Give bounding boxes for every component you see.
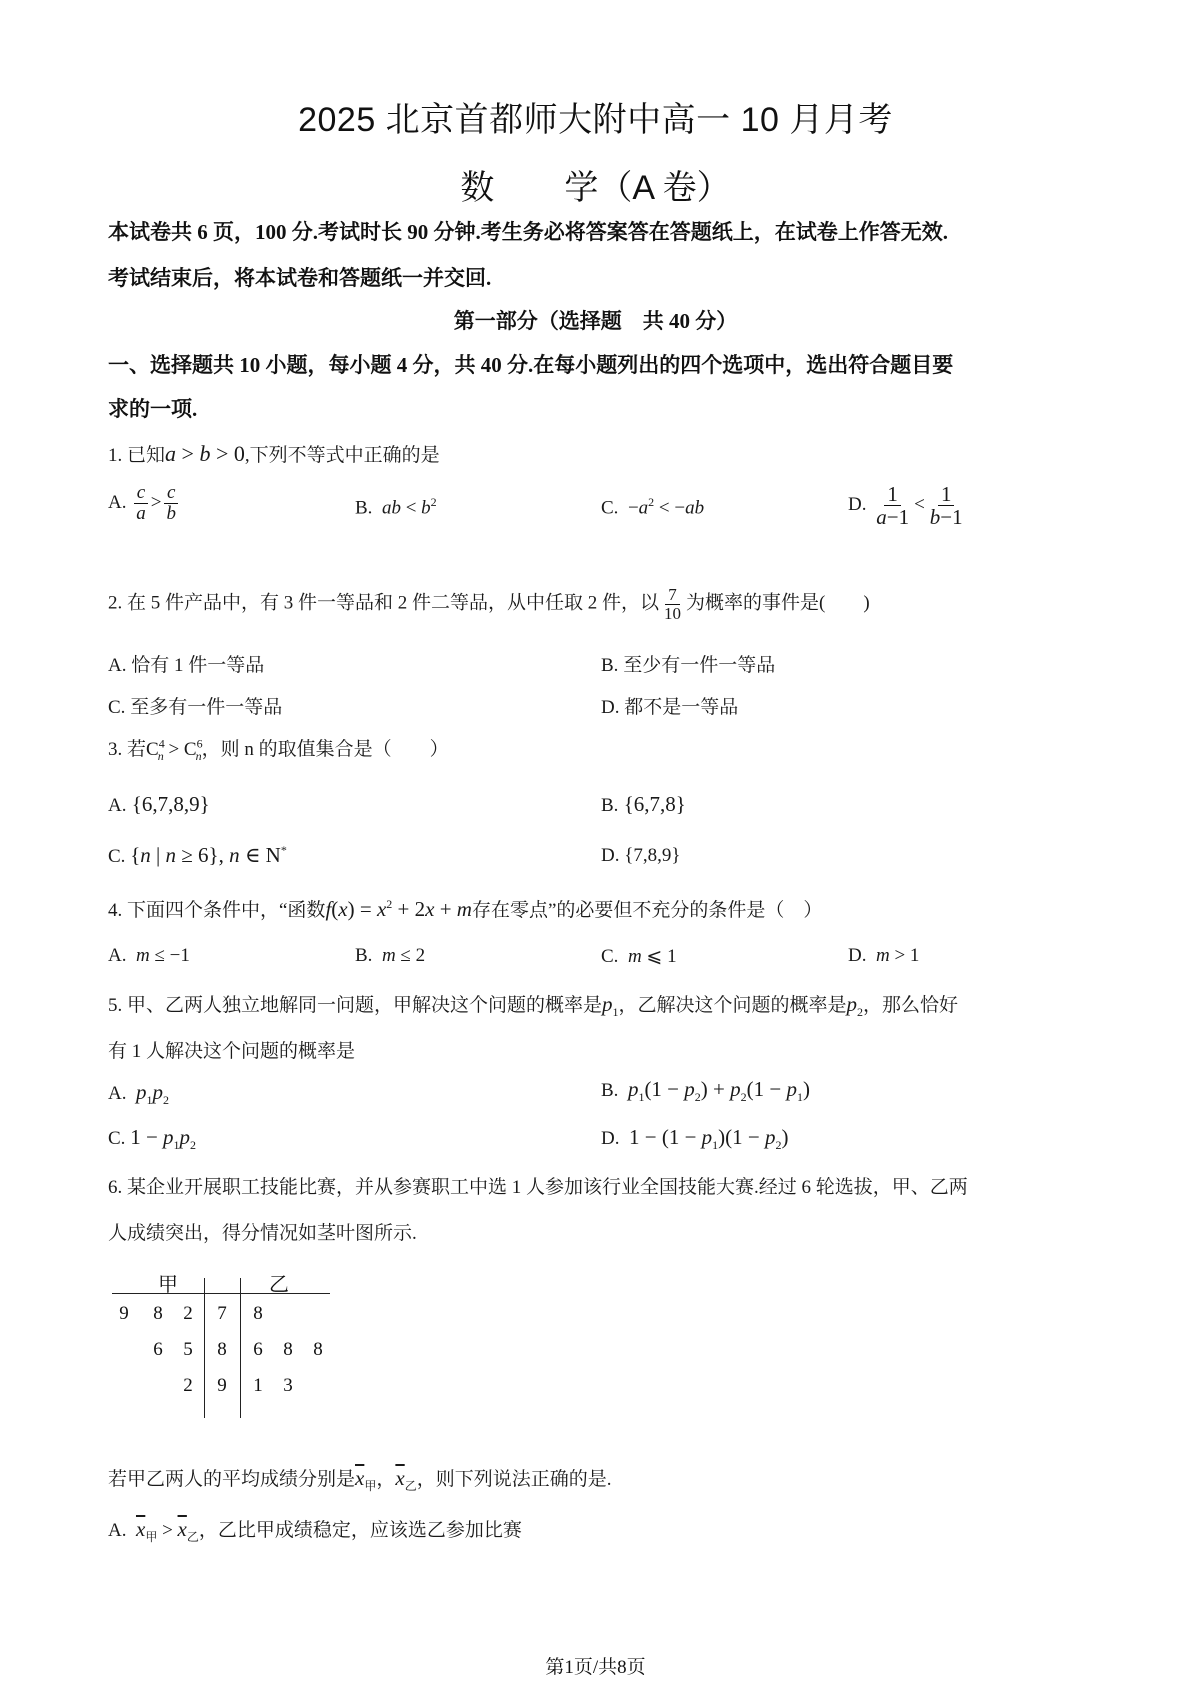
option-text: {6,7,8} — [624, 792, 686, 816]
leaf: 3 — [278, 1375, 298, 1397]
subscript: 乙 — [187, 1530, 199, 1544]
option-label: D. — [601, 1128, 619, 1149]
question-4-option-a[interactable]: A. m ≤ −1 — [108, 945, 190, 967]
question-text: ，那么恰好 — [863, 995, 958, 1016]
question-text: 存在零点”的必要但不充分的条件是（ ） — [472, 900, 822, 921]
option-label: D. — [601, 697, 619, 718]
section-instruction-line-2: 求的一项. — [108, 393, 197, 423]
leaf: 2 — [178, 1375, 198, 1397]
question-number: 6. — [108, 1177, 122, 1198]
question-3-option-d[interactable]: D. {7,8,9} — [601, 845, 680, 867]
question-text: 若 — [127, 739, 146, 760]
subject-left: 数 — [460, 169, 494, 207]
question-6-stem-line-1: 6. 某企业开展职工技能比赛，并从参赛职工中选 1 人参加该行业全国技能大赛.经… — [108, 1172, 968, 1199]
question-1-option-a[interactable]: A. ca>cb — [108, 483, 181, 524]
question-3-option-a[interactable]: A. {6,7,8,9} — [108, 792, 210, 817]
subscript: 乙 — [405, 1479, 417, 1493]
part-1-title: 第一部分（选择题 共 40 分） — [0, 305, 1191, 335]
question-6-followup: 若甲乙两人的平均成绩分别是x甲，x乙，则下列说法正确的是. — [108, 1464, 611, 1494]
question-number: 1. — [108, 445, 122, 466]
question-3-option-c[interactable]: C. {n | n ≥ 6}, n ∈ N* — [108, 843, 287, 868]
question-text: 为概率的事件是( ) — [686, 593, 870, 614]
question-text: 若甲乙两人的平均成绩分别是 — [108, 1469, 355, 1490]
stem-leaf-plot: 甲 乙 9 8 2 7 8 6 5 8 6 8 8 2 9 1 3 — [110, 1262, 330, 1432]
option-label: A. — [108, 655, 126, 676]
stem: 7 — [212, 1303, 232, 1325]
option-label: D. — [848, 494, 866, 515]
question-1-option-b[interactable]: B. ab < b2 — [355, 495, 437, 519]
stem-divider-left — [204, 1278, 205, 1418]
question-2-stem: 2. 在 5 件产品中，有 3 件一等品和 2 件二等品，从中任取 2 件，以7… — [108, 586, 870, 623]
option-label: C. — [108, 697, 125, 718]
subscript: 甲 — [145, 1530, 157, 1544]
option-text: 至多有一件一等品 — [130, 697, 282, 718]
question-text: 在 5 件产品中，有 3 件一等品和 2 件二等品，从中任取 2 件，以 — [127, 593, 659, 614]
comparison-operator: > — [162, 1520, 173, 1541]
fraction-denominator: 10 — [661, 605, 684, 623]
question-text: 某企业开展职工技能比赛，并从参赛职工中选 1 人参加该行业全国技能大赛.经过 6… — [127, 1177, 968, 1198]
leaf: 5 — [178, 1339, 198, 1361]
question-1-option-d[interactable]: D. 1a−1<1b−1 — [848, 483, 968, 528]
option-label: C. — [108, 846, 125, 867]
option-label: D. — [848, 945, 866, 966]
option-label: B. — [601, 795, 618, 816]
question-6-option-a[interactable]: A. x甲 > x乙，乙比甲成绩稳定，应该选乙参加比赛 — [108, 1515, 522, 1545]
leaf: 6 — [248, 1339, 268, 1361]
question-4-option-d[interactable]: D. m > 1 — [848, 945, 919, 967]
leaf: 8 — [248, 1303, 268, 1325]
option-label: A. — [108, 795, 126, 816]
instructions-line-1: 本试卷共 6 页，100 分.考试时长 90 分钟.考生务必将答案答在答题纸上，… — [108, 216, 948, 246]
option-label: C. — [108, 1128, 125, 1149]
option-label: A. — [108, 1520, 126, 1541]
option-label: B. — [601, 1080, 618, 1101]
separator: ， — [376, 1469, 395, 1490]
question-5-stem-line-1: 5. 甲、乙两人独立地解同一问题，甲解决这个问题的概率是p1，乙解决这个问题的概… — [108, 990, 958, 1020]
leaf: 8 — [148, 1303, 168, 1325]
option-label: A. — [108, 492, 126, 513]
question-number: 4. — [108, 900, 122, 921]
question-1-stem: 1. 已知a > b > 0,下列不等式中正确的是 — [108, 440, 440, 467]
page-indicator: 第1页/共8页 — [0, 1652, 1191, 1679]
question-text: ，乙解决这个问题的概率是 — [619, 995, 847, 1016]
question-text: ，则 n 的取值集合是（ ） — [202, 739, 449, 760]
question-5-option-d[interactable]: D. 1 − (1 − p1)(1 − p2) — [601, 1125, 789, 1153]
question-2-option-d[interactable]: D. 都不是一等品 — [601, 692, 738, 719]
question-5-option-a[interactable]: A. p1p2 — [108, 1080, 169, 1108]
stem: 8 — [212, 1339, 232, 1361]
question-text: 下面四个条件中，“函数 — [127, 900, 325, 921]
question-2-option-a[interactable]: A. 恰有 1 件一等品 — [108, 650, 264, 677]
option-text: {7,8,9} — [624, 845, 680, 866]
question-number: 3. — [108, 739, 122, 760]
leaf: 1 — [248, 1375, 268, 1397]
question-4-option-c[interactable]: C. m ⩽ 1 — [601, 945, 677, 968]
option-text: 都不是一等品 — [624, 697, 738, 718]
subject-right: 学（A 卷） — [564, 169, 730, 207]
exam-subtitle: 数学（A 卷） — [0, 160, 1191, 209]
leaf: 9 — [114, 1303, 134, 1325]
option-label: C. — [601, 497, 618, 518]
header-divider — [112, 1293, 330, 1294]
option-text: 恰有 1 件一等品 — [131, 655, 264, 676]
question-text: ,下列不等式中正确的是 — [245, 445, 440, 466]
option-label: C. — [601, 946, 618, 967]
exam-title: 2025 北京首都师大附中高一 10 月月考 — [0, 92, 1191, 141]
leaf: 8 — [308, 1339, 328, 1361]
option-label: D. — [601, 845, 619, 866]
option-label: A. — [108, 945, 126, 966]
question-5-option-c[interactable]: C. 1 − p1p2 — [108, 1125, 196, 1153]
question-number: 2. — [108, 593, 122, 614]
option-label: A. — [108, 1083, 126, 1104]
option-text: ，乙比甲成绩稳定，应该选乙参加比赛 — [199, 1520, 522, 1541]
option-label: B. — [355, 945, 372, 966]
instructions-line-2: 考试结束后，将本试卷和答题纸一并交回. — [108, 262, 491, 292]
question-text: ，则下列说法正确的是. — [417, 1469, 612, 1490]
question-4-stem: 4. 下面四个条件中，“函数f(x) = x2 + 2x + m存在零点”的必要… — [108, 895, 822, 922]
option-text: 至少有一件一等品 — [623, 655, 775, 676]
question-6-stem-line-2: 人成绩突出，得分情况如茎叶图所示. — [108, 1218, 417, 1245]
option-label: B. — [355, 497, 372, 518]
stem: 9 — [212, 1375, 232, 1397]
fraction-numerator: 7 — [665, 586, 680, 605]
question-5-stem-line-2: 有 1 人解决这个问题的概率是 — [108, 1036, 355, 1063]
question-2-option-c[interactable]: C. 至多有一件一等品 — [108, 692, 282, 719]
option-label: B. — [601, 655, 618, 676]
question-4-option-b[interactable]: B. m ≤ 2 — [355, 945, 425, 967]
leaf: 8 — [278, 1339, 298, 1361]
section-instruction-line-1: 一、选择题共 10 小题，每小题 4 分，共 40 分.在每小题列出的四个选项中… — [108, 349, 953, 379]
question-2-option-b[interactable]: B. 至少有一件一等品 — [601, 650, 775, 677]
question-5-option-b[interactable]: B. p1(1 − p2) + p2(1 − p1) — [601, 1077, 810, 1105]
subscript: 甲 — [364, 1479, 376, 1493]
question-number: 5. — [108, 995, 122, 1016]
question-3-stem: 3. 若C4n > C6n，则 n 的取值集合是（ ） — [108, 734, 449, 764]
question-1-option-c[interactable]: C. −a2 < −ab — [601, 495, 704, 519]
question-text: 已知 — [127, 445, 165, 466]
option-text: {6,7,8,9} — [132, 792, 210, 816]
question-text: 甲、乙两人独立地解同一问题，甲解决这个问题的概率是 — [127, 995, 602, 1016]
leaf: 6 — [148, 1339, 168, 1361]
stem-divider-right — [240, 1278, 241, 1418]
question-3-option-b[interactable]: B. {6,7,8} — [601, 792, 686, 817]
leaf: 2 — [178, 1303, 198, 1325]
